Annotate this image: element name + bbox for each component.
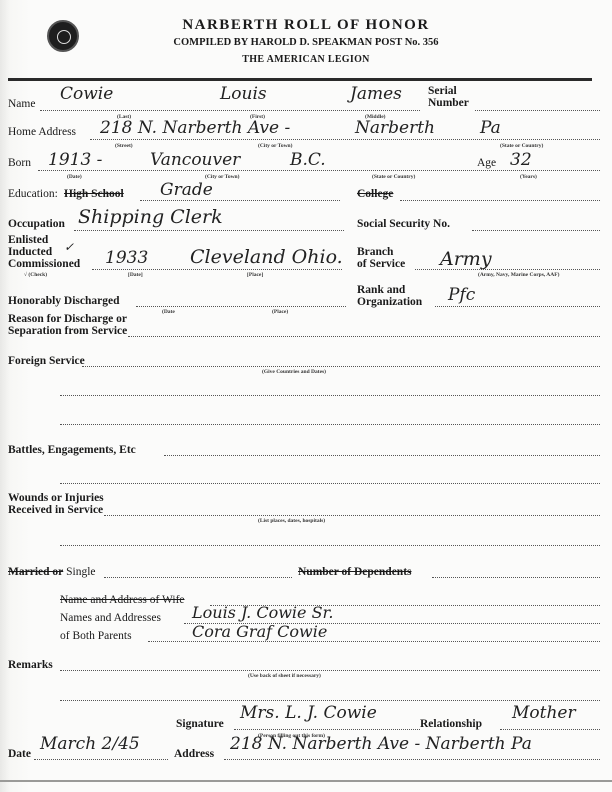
social-security-field[interactable]	[472, 230, 600, 231]
branch-caption: (Army, Navy, Marine Corps, AAF)	[478, 272, 559, 278]
age-field[interactable]: 32	[510, 150, 532, 170]
branch-label-2: of Service	[357, 258, 405, 270]
born-city-field[interactable]: Vancouver	[150, 150, 240, 170]
state-caption: (State or Country)	[500, 143, 543, 149]
foreign-service-line-2[interactable]	[60, 395, 600, 396]
wounds-label-2: Received in Service	[8, 504, 103, 516]
occupation-line	[74, 230, 344, 231]
marital-status: Married or Single	[8, 566, 96, 578]
header-rule	[8, 78, 592, 81]
page-bottom-edge	[0, 780, 612, 782]
serial-label-2: Number	[428, 97, 469, 109]
serial-number-field[interactable]	[475, 110, 600, 111]
dependents-label: Number of Dependents	[298, 566, 412, 578]
age-label: Age	[477, 157, 496, 169]
single-option: Single	[66, 566, 95, 578]
remarks-field[interactable]	[60, 670, 600, 671]
occupation-label: Occupation	[8, 218, 65, 230]
college-option: College	[357, 188, 393, 200]
college-line	[400, 200, 600, 201]
born-date-caption: (Date)	[67, 174, 82, 180]
parents-label-2: of Both Parents	[60, 630, 132, 642]
education-line	[140, 200, 340, 201]
battles-label: Battles, Engagements, Etc	[8, 444, 136, 456]
born-state-caption: (State or Country)	[372, 174, 415, 180]
address-field[interactable]: 218 N. Narberth Ave - Narberth Pa	[230, 734, 532, 754]
parents-line-2	[148, 641, 600, 642]
reason-label-2: Separation from Service	[8, 325, 127, 337]
discharge-date-caption: (Date	[162, 309, 175, 315]
education-field[interactable]: Grade	[160, 180, 213, 200]
enlistment-place-field[interactable]: Cleveland Ohio.	[190, 246, 343, 268]
rank-line	[435, 306, 600, 307]
parent-1-field[interactable]: Louis J. Cowie Sr.	[192, 603, 334, 622]
foreign-service-line-3[interactable]	[60, 424, 600, 425]
reason-field[interactable]	[128, 336, 600, 337]
check-caption: √ (Check)	[24, 272, 47, 278]
remarks-label: Remarks	[8, 659, 53, 671]
years-caption: (Years)	[520, 174, 537, 180]
enlist-date-caption: [Date]	[128, 272, 143, 278]
give-countries-caption: (Give Countries and Dates)	[262, 369, 326, 375]
organization-name: THE AMERICAN LEGION	[0, 54, 612, 65]
rank-field[interactable]: Pfc	[448, 285, 475, 305]
date-label: Date	[8, 748, 31, 760]
branch-field[interactable]: Army	[440, 248, 492, 270]
discharge-field[interactable]	[136, 306, 346, 307]
home-state-field[interactable]: Pa	[480, 118, 501, 138]
date-line	[34, 759, 168, 760]
parent-2-field[interactable]: Cora Graf Cowie	[192, 622, 327, 641]
name-line	[40, 110, 420, 111]
home-address-label: Home Address	[8, 126, 76, 138]
reason-label-1: Reason for Discharge or	[8, 313, 127, 325]
last-name-field[interactable]: Cowie	[60, 84, 113, 104]
signature-line	[234, 729, 420, 730]
born-line	[38, 170, 600, 171]
dependents-field[interactable]	[432, 577, 600, 578]
enlisted-option: Enlisted	[8, 234, 48, 246]
wounds-label-1: Wounds or Injuries	[8, 492, 104, 504]
discharge-place-caption: (Place)	[272, 309, 288, 315]
form-subtitle: COMPILED BY HAROLD D. SPEAKMAN POST No. …	[0, 37, 612, 48]
address-label: Address	[174, 748, 214, 760]
inducted-check-mark[interactable]: ✓	[64, 240, 74, 254]
rank-label-2: Organization	[357, 296, 422, 308]
wounds-field[interactable]	[104, 515, 600, 516]
parents-label-1: Names and Addresses	[60, 612, 161, 624]
battles-line-2[interactable]	[60, 483, 600, 484]
relationship-label: Relationship	[420, 718, 482, 730]
foreign-service-field[interactable]	[82, 366, 600, 367]
born-label: Born	[8, 157, 31, 169]
street-caption: (Street)	[115, 143, 133, 149]
foreign-service-label: Foreign Service	[8, 355, 85, 367]
list-places-caption: (List places, dates, hospitals)	[258, 518, 325, 524]
inducted-option: Inducted	[8, 246, 52, 258]
use-back-caption: (Use back of sheet if necessary)	[248, 673, 321, 679]
branch-label-1: Branch	[357, 246, 393, 258]
roll-of-honor-form: NARBERTH ROLL OF HONOR COMPILED BY HAROL…	[0, 0, 612, 792]
married-option: Married or	[8, 566, 63, 578]
home-address-line	[90, 139, 600, 140]
home-city-field[interactable]: Narberth	[355, 118, 435, 138]
honorably-discharged-label: Honorably Discharged	[8, 295, 120, 307]
enlist-place-caption: [Place]	[247, 272, 263, 278]
battles-field[interactable]	[164, 455, 600, 456]
enlistment-line	[92, 269, 342, 270]
signature-field[interactable]: Mrs. L. J. Cowie	[240, 703, 377, 723]
wife-label: Name and Address of Wife	[60, 594, 185, 606]
born-state-field[interactable]: B.C.	[290, 150, 326, 170]
first-name-field[interactable]: Louis	[220, 84, 267, 104]
city-caption: (City or Town)	[258, 143, 292, 149]
high-school-option: High School	[64, 188, 124, 200]
education-label: Education:	[8, 188, 58, 200]
name-label: Name	[8, 98, 35, 110]
middle-name-field[interactable]: James	[350, 84, 402, 104]
remarks-line-2[interactable]	[60, 700, 600, 701]
form-title: NARBERTH ROLL OF HONOR	[0, 17, 612, 34]
occupation-field[interactable]: Shipping Clerk	[78, 206, 223, 228]
relationship-field[interactable]: Mother	[512, 703, 576, 723]
serial-label-1: Serial	[428, 85, 457, 97]
rank-label-1: Rank and	[357, 284, 405, 296]
date-field[interactable]: March 2/45	[40, 734, 140, 754]
address-line	[224, 759, 600, 760]
social-security-label: Social Security No.	[357, 218, 450, 230]
marital-line	[104, 577, 292, 578]
relationship-line	[500, 729, 600, 730]
wounds-line-2[interactable]	[60, 545, 600, 546]
born-date-field[interactable]: 1913 -	[48, 150, 102, 170]
commissioned-option: Commissioned	[8, 258, 80, 270]
signature-label: Signature	[176, 718, 224, 730]
enlistment-date-field[interactable]: 1933	[105, 248, 148, 268]
home-street-field[interactable]: 218 N. Narberth Ave -	[100, 118, 290, 138]
